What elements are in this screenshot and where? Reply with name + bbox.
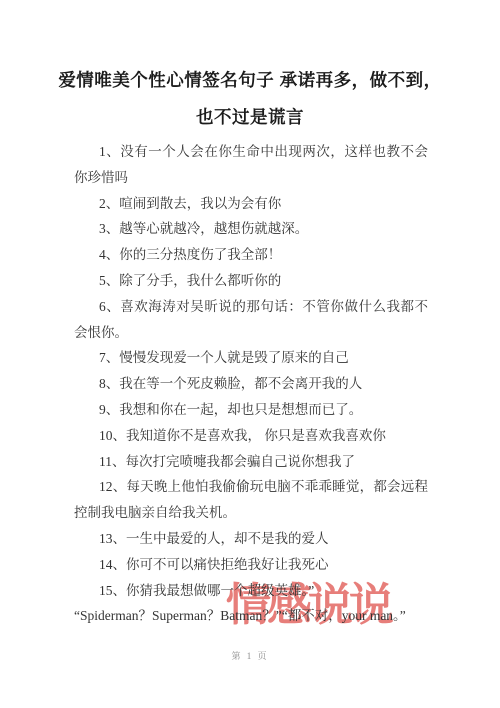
quote-item: 13、一生中最爱的人，却不是我的爱人 (74, 526, 428, 552)
quote-item: 7、慢慢发现爱一个人就是毁了原来的自己 (74, 345, 428, 371)
quote-item: 10、我知道你不是喜欢我， 你只是喜欢我喜欢你 (74, 423, 428, 449)
quote-item: 12、每天晚上他怕我偷偷玩电脑不乖乖睡觉，都会远程控制我电脑亲自给我关机。 (74, 474, 428, 526)
quote-item: 1、没有一个人会在你生命中出现两次，这样也教不会你珍惜吗 (74, 139, 428, 191)
quote-item: 14、你可不可以痛快拒绝我好让我死心 (74, 552, 428, 578)
quote-item: 4、你的三分热度伤了我全部！ (74, 242, 428, 268)
page-number: 第 1 页 (0, 649, 500, 662)
document-page: 爱情唯美个性心情签名句子 承诺再多，做不到，也不过是谎言 1、没有一个人会在你生… (0, 0, 500, 708)
quote-list: 1、没有一个人会在你生命中出现两次，这样也教不会你珍惜吗 2、喧闹到散去，我以为… (74, 139, 428, 629)
quote-item: 6、喜欢海涛对吴昕说的那句话：不管你做什么我都不会恨你。 (74, 294, 428, 346)
quote-item: 2、喧闹到散去，我以为会有你 (74, 191, 428, 217)
quote-item: 3、越等心就越冷，越想伤就越深。 (74, 216, 428, 242)
quote-item: “Spiderman？Superman？Batman？”“都不对，your ma… (74, 603, 428, 629)
quote-item: 9、我想和你在一起，却也只是想想而已了。 (74, 397, 428, 423)
quote-item: 8、我在等一个死皮赖脸，都不会离开我的人 (74, 371, 428, 397)
quote-item: 15、你猜我最想做哪一个超级英雄。” (74, 578, 428, 604)
page-title: 爱情唯美个性心情签名句子 承诺再多，做不到，也不过是谎言 (0, 0, 500, 136)
quote-item: 5、除了分手，我什么都听你的 (74, 268, 428, 294)
quote-item: 11、每次打完喷嚏我都会骗自己说你想我了 (74, 449, 428, 475)
